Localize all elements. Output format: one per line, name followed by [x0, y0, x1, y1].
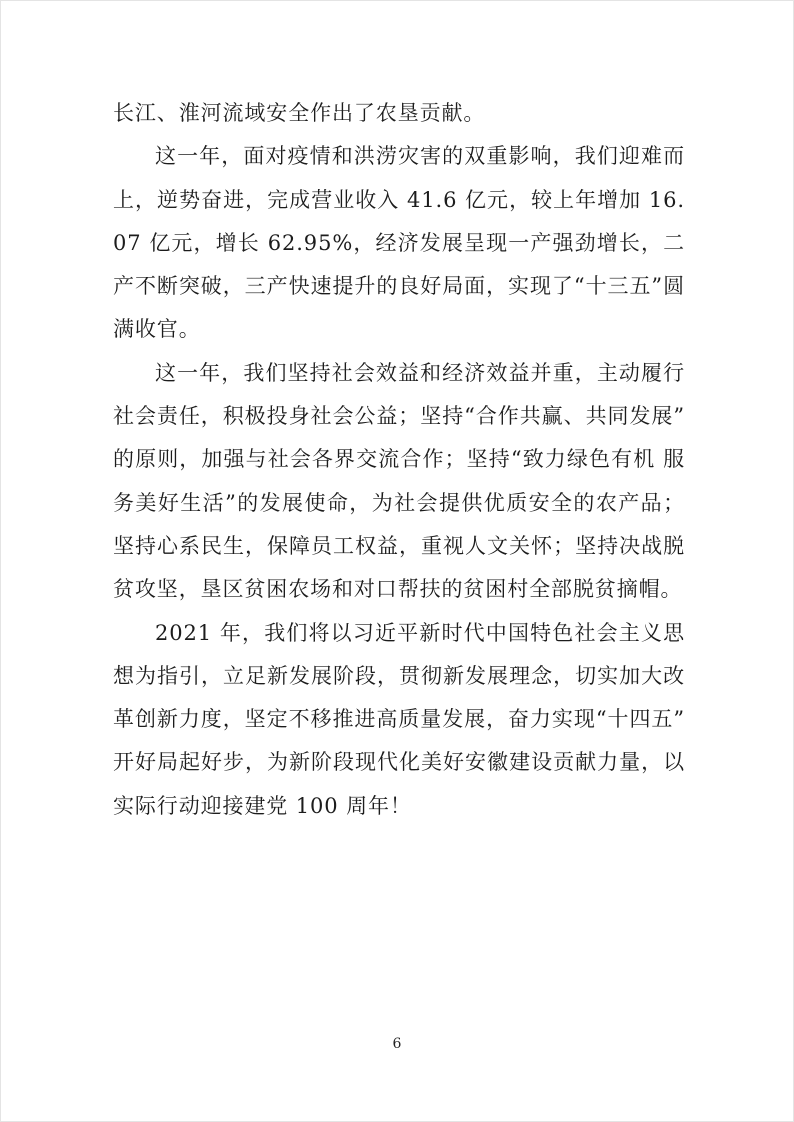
document-page: 长江、淮河流域安全作出了农垦贡献。这一年，面对疫情和洪涝灾害的双重影响，我们迎难…	[0, 0, 794, 1122]
document-body: 长江、淮河流域安全作出了农垦贡献。这一年，面对疫情和洪涝灾害的双重影响，我们迎难…	[113, 92, 685, 828]
paragraph: 这一年，我们坚持社会效益和经济效益并重，主动履行社会责任，积极投身社会公益；坚持…	[113, 352, 685, 612]
paragraph: 2021 年，我们将以习近平新时代中国特色社会主义思想为指引，立足新发展阶段，贯…	[113, 612, 685, 828]
page-number: 6	[1, 1036, 793, 1052]
paragraph: 长江、淮河流域安全作出了农垦贡献。	[113, 92, 685, 135]
paragraph: 这一年，面对疫情和洪涝灾害的双重影响，我们迎难而上，逆势奋进，完成营业收入 41…	[113, 135, 685, 351]
